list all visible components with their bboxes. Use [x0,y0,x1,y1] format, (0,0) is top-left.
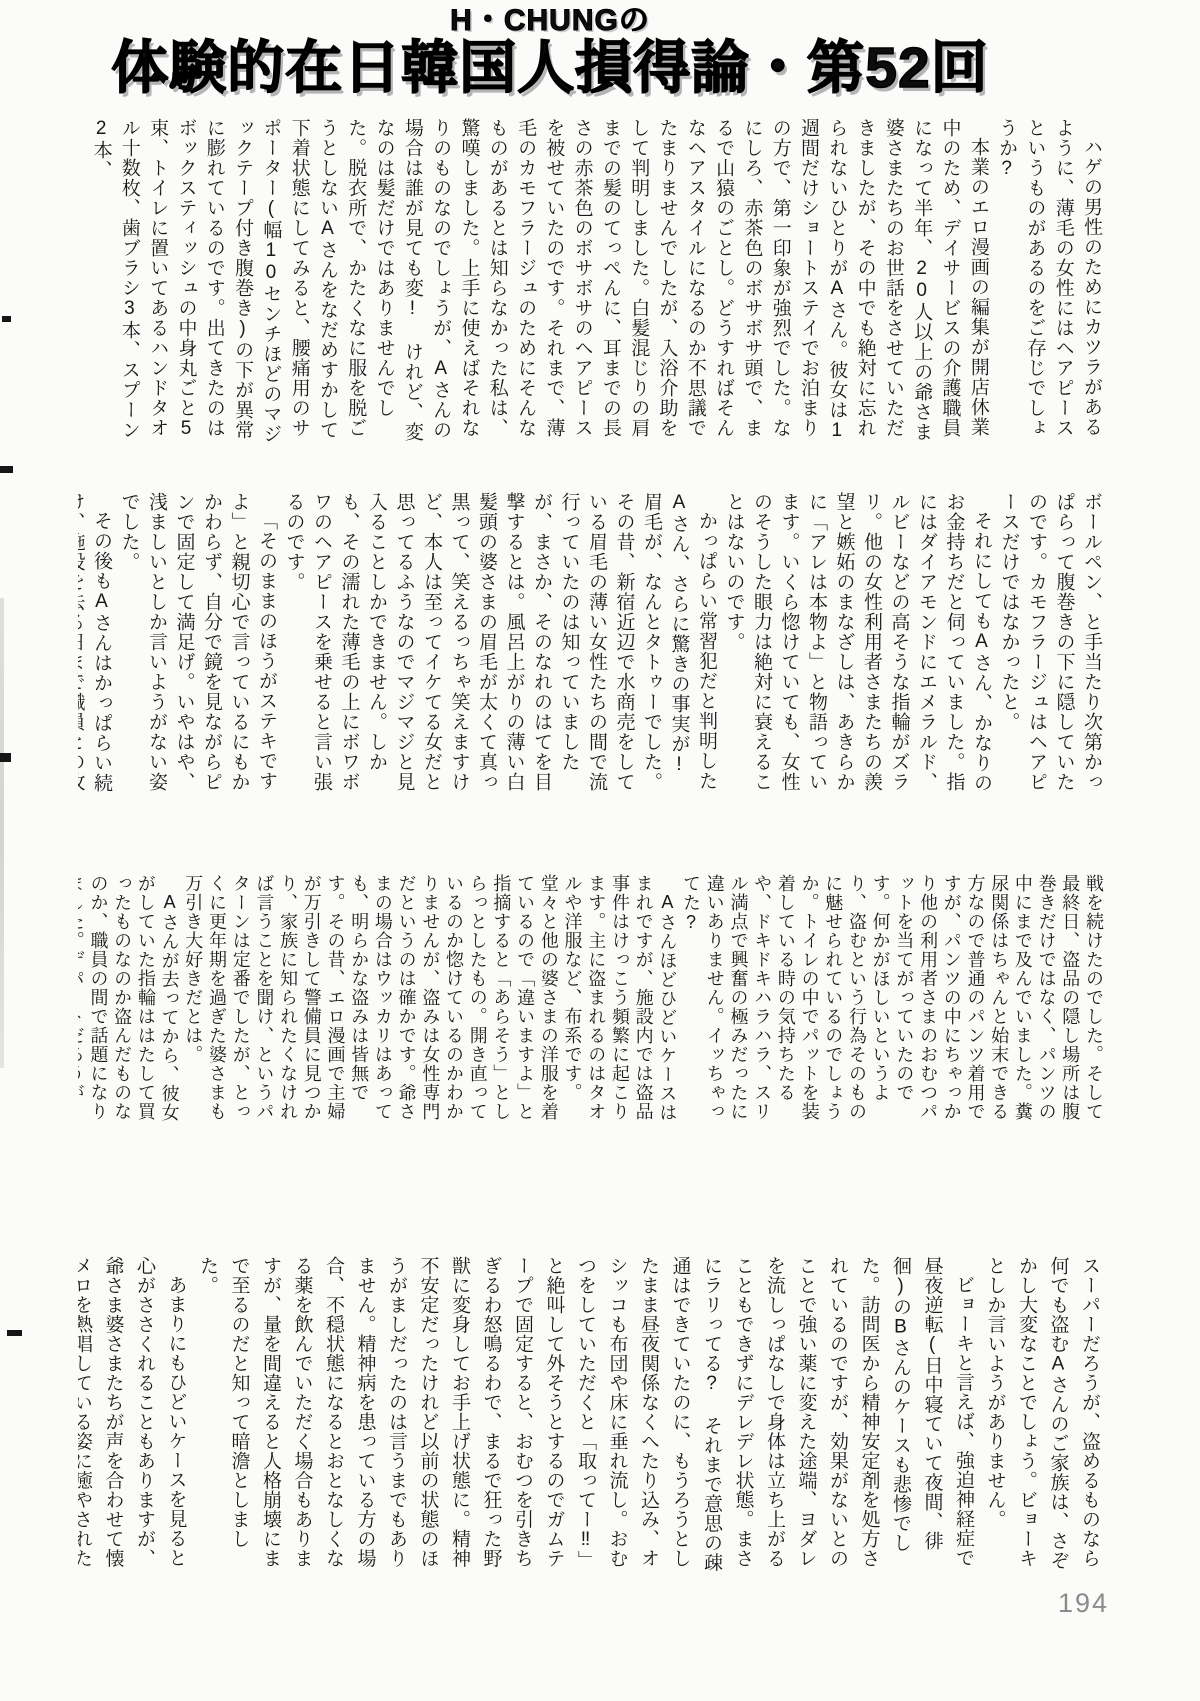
text-band-4: スーパーだろうが、盗めるものなら何でも盗むAさんのご家族は、さぞかし大変なことで… [78,1256,1105,1576]
print-artifact [0,466,13,473]
text-band-3: 戦を続けたのでした。そして最終日、盗品の隠し場所は腹巻きだけではなく、パンツの中… [78,874,1105,1132]
text-band-1: ハゲの男性のためにカツラがあるように、薄毛の女性にはヘアピースというものがあるの… [78,118,1105,448]
article-title: H・CHUNGの 体験的在日韓国人損得論・第52回 [90,6,1010,97]
paragraph: Aさんが去ってから、彼女がしていた指輪ははたして買ったものなのか盗んだものなのか… [78,874,181,1132]
print-artifact [7,1330,22,1336]
text-band-2: ボールペン、と手当たり次第かっぱらって腹巻きの下に隠していたのです。カモフラージ… [78,492,1105,794]
paragraph: 戦を続けたのでした。そして最終日、盗品の隠し場所は腹巻きだけではなく、パンツの中… [678,874,1105,1132]
print-artifact [0,753,11,762]
paragraph: あまりにもひどいケースを見ると心がささくれることもありますが、爺さま婆さまたちが… [78,1256,192,1576]
paragraph: Aさんほどひどいケースはまれですが、施設内では盗品事件はけっこう頻繁に起こります… [181,874,679,1132]
scan-streak-artifact [0,598,4,1068]
paragraph: 本業のエロ漫画の編集が開店休業中のため、デイサービスの介護職員になって半年、20… [86,118,992,448]
paragraph: 「そのままのほうがステキですよ」と親切心で言っているにもかかわらず、自分で鏡を見… [115,492,280,794]
paragraph: ボールペン、と手当たり次第かっぱらって腹巻きの下に隠していたのです。カモフラージ… [995,492,1105,794]
page-number: 194 [1058,1588,1109,1619]
page-title: 体験的在日韓国人損得論・第52回 [90,40,1010,97]
paragraph: それにしてもAさん、かなりのお金持ちだと伺っていました。指にはダイアモンドにエメ… [720,492,995,794]
print-artifact [2,316,11,322]
paragraph: ハゲの男性のためにカツラがあるように、薄毛の女性にはヘアピースというものがあるの… [992,118,1105,448]
title-superscript: H・CHUNGの [90,6,1010,36]
paragraph: ビョーキと言えば、強迫神経症で昼夜逆転(日中寝ていて夜間、徘徊)のBさんのケース… [192,1256,980,1576]
paragraph: かっぱらい常習犯だと判明したAさん、さらに驚きの事実が! 眉毛が、なんとタトゥー… [280,492,720,794]
paragraph: スーパーだろうが、盗めるものなら何でも盗むAさんのご家族は、さぞかし大変なことで… [979,1256,1105,1576]
page-root: { "title": { "super": "H・CHUNGの", "main"… [0,0,1200,1701]
paragraph: その後もAさんはかっぱらい続け、施設を去る日まで職員との攻防 [78,492,115,794]
